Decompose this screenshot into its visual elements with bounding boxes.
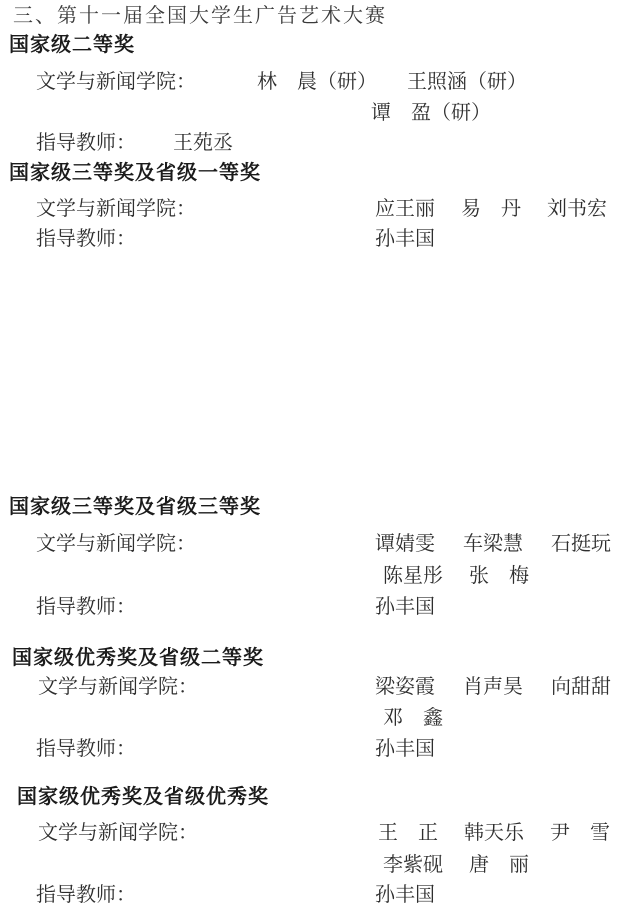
college-label: 文学与新闻学院： [36, 69, 196, 96]
advisor-label: 指导教师： [36, 736, 136, 763]
advisor-name: 孙丰国 [375, 882, 435, 907]
advisor-name: 孙丰国 [375, 594, 435, 621]
winner-name: 尹 雪 [550, 820, 610, 847]
advisor-label: 指导教师： [36, 130, 136, 157]
winner-name: 肖声昊 [463, 674, 523, 701]
college-label: 文学与新闻学院： [36, 196, 196, 223]
winner-name: 梁姿霞 [375, 674, 435, 701]
advisor-name: 孙丰国 [375, 736, 435, 763]
winner-name: 邓 鑫 [383, 705, 443, 732]
winners-line: 邓 鑫 [383, 705, 443, 732]
winners-line: 谭 盈（研） [371, 100, 491, 127]
winners-line: 陈星彤 张 梅 [383, 563, 529, 590]
winner-name: 陈星彤 [383, 563, 443, 590]
winner-name: 石挺玩 [551, 531, 611, 558]
section-header-national-merit-provincial-merit: 国家级优秀奖及省级优秀奖 [17, 784, 269, 811]
section-header-national-third-provincial-third: 国家级三等奖及省级三等奖 [9, 494, 261, 521]
section-header-national-third-provincial-first: 国家级三等奖及省级一等奖 [9, 160, 261, 187]
winner-name: 韩天乐 [464, 820, 524, 847]
winners-line: 应王丽 易 丹 刘书宏 [375, 196, 607, 223]
winners-line: 王 正 韩天乐 尹 雪 [378, 820, 610, 847]
winners-line: 李紫砚 唐 丽 [383, 852, 529, 879]
winners-line: 谭婧雯 车梁慧 石挺玩 [375, 531, 611, 558]
winner-name: 谭婧雯 [375, 531, 435, 558]
winner-name: 李紫砚 [383, 852, 443, 879]
document-title: 三、第十一届全国大学生广告艺术大赛 [13, 3, 387, 30]
advisor-label: 指导教师： [36, 226, 136, 253]
advisor-name: 王苑丞 [173, 130, 233, 157]
section-header-national-merit-provincial-second: 国家级优秀奖及省级二等奖 [12, 645, 264, 672]
winner-name: 唐 丽 [469, 852, 529, 879]
winner-name: 林 晨（研） [257, 69, 377, 96]
winner-name: 车梁慧 [463, 531, 523, 558]
college-label: 文学与新闻学院： [36, 531, 196, 558]
winner-name: 王 正 [378, 820, 438, 847]
winner-name: 谭 盈（研） [371, 100, 491, 127]
winners-line: 林 晨（研） 王照涵（研） [257, 69, 527, 96]
winner-name: 王照涵（研） [407, 69, 527, 96]
document-page: 三、第十一届全国大学生广告艺术大赛 国家级二等奖 文学与新闻学院： 林 晨（研）… [0, 0, 633, 907]
winner-name: 易 丹 [461, 196, 521, 223]
advisor-label: 指导教师： [36, 882, 136, 907]
winner-name: 刘书宏 [547, 196, 607, 223]
college-label: 文学与新闻学院： [38, 820, 198, 847]
section-header-national-second-prize: 国家级二等奖 [9, 32, 135, 59]
winners-line: 梁姿霞 肖声昊 向甜甜 [375, 674, 611, 701]
college-label: 文学与新闻学院： [38, 674, 198, 701]
advisor-name: 孙丰国 [375, 226, 435, 253]
advisor-label: 指导教师： [36, 594, 136, 621]
winner-name: 张 梅 [469, 563, 529, 590]
winner-name: 应王丽 [375, 196, 435, 223]
winner-name: 向甜甜 [551, 674, 611, 701]
